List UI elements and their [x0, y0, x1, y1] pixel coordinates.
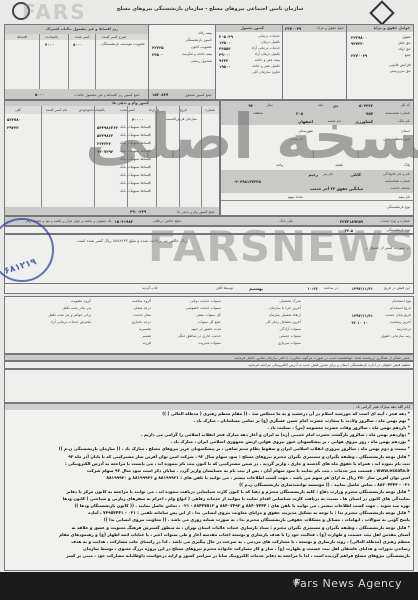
deduction-value: ۹۶۳۲ [219, 58, 228, 63]
info-strip-text: تنظیم فیش حقوقی در اداره بازنشستگی استان… [248, 363, 410, 367]
insurance-shares-label: تعداد سهم [288, 195, 303, 199]
employment-col-1: نوع استخدام تاریخ استخدام تاریخ پایان خد… [331, 299, 411, 341]
entitlement-label: حق اولاد [398, 47, 411, 51]
deduction-value: ۳۹۰۰۰ [219, 52, 231, 57]
deduction-value: ۳۳۵۵۳ [219, 46, 231, 51]
loans-total-label: جمع کسور وام و بدهی ها [177, 210, 215, 214]
deductions-total-label: جمع کسور معمول [185, 93, 212, 97]
note-line: ثبت نام نموده اند ، همراه با حقوق ماه ها… [5, 460, 413, 467]
employment-label: معترض خدمات درمانی آزاد [31, 320, 91, 327]
entitlement-value: ۹۲۷۳۲۰ [351, 41, 365, 46]
payslip-document: FARS سازمان تامین اجتماعی نیروهای مسلح -… [0, 0, 418, 572]
issue-date-label: این فیش در تاریخ [384, 286, 410, 290]
organization-emblem-icon [369, 0, 394, 25]
column-header: کلی [15, 108, 21, 112]
employment-label: جمع کل سنوات [161, 320, 221, 327]
deduction-label: خدمات درمانی [258, 34, 280, 38]
insurance-value: ۳۲۲۳۵ [152, 45, 164, 50]
deduction-value: ۱۹۵۰۰ [219, 64, 231, 69]
entitlement-label: حق سرپرستی [390, 69, 411, 73]
note-line: رساندن نذورات و هدایای عاشقان اهل بیت عص… [5, 545, 413, 552]
employment-label: محل خدمت [101, 313, 151, 320]
insurance-label: صندوق رسمی [190, 59, 212, 63]
note-line: بهره مند شوند . جهت کسب اطلاعات بیشتر ، … [5, 502, 413, 509]
employment-label: آخرین وضعیت [331, 320, 411, 327]
employment-label: مدرک تحصیلی [241, 299, 301, 306]
insurance-label: کسور بازنشستگی [185, 38, 212, 42]
deductions-total-value: ۱۵۳۰۸۳۷ [152, 92, 168, 97]
employment-label: نوع استخدام [331, 299, 411, 306]
note-line: امین توان آفرین ساز ۲۵۰ ریال به ازای هر … [5, 474, 413, 481]
issue-recipient-label: توسط آقای [216, 286, 233, 290]
installments-box: ریز اقساط و غیر مشمول مالیات اشتراک شرح … [4, 24, 149, 100]
column-header: اقساط [17, 35, 27, 39]
employment-label: سنوات خدمت دولتی [161, 299, 221, 306]
employment-label: گروه سلامت [101, 299, 151, 306]
employment-col-4: گروه سلامت درجه شغلی محل خدمت درجه جانبا… [101, 299, 151, 348]
employment-label: سنوات آزادگی [241, 327, 301, 334]
note-line: * قابل توجه بازنشستگان ، وظیفه بگیران و … [5, 524, 413, 531]
deduction-value: ۲۰۵۰۳۹ [219, 34, 233, 39]
info-strip-text: ضمن تشکر از همکاری ارزشمند شما، خواهشمند… [234, 356, 410, 360]
column-header: کسر شده [75, 35, 90, 39]
net-value: ۱۵۰۴۱۹۸۳ [114, 219, 133, 224]
original-copy-stamp: نسخه اصلی [85, 100, 418, 173]
note-line: * بیست و دوم بهمن ماه ، سالروز پیروزی ان… [5, 445, 413, 452]
deductions-title: کسور معمول [241, 26, 264, 30]
issue-time-label: در ساعت [324, 286, 338, 290]
column-header: باقیمانده [45, 35, 58, 39]
note-line: ۰۲۱ - ۸۸۲۰۴۴۴۴ ، تماس حاصل نمایید . (( م… [5, 481, 413, 488]
employment-label: پدر مادر تحت تکفل [31, 306, 91, 313]
column-header: نام کسر کننده [46, 108, 67, 112]
service-end-date: ۱۳۹۳/۱۱/۳۱ [352, 313, 373, 318]
entitlements-title: عوامل حقوق و مزایا [374, 26, 410, 30]
note-line: معظم رهبری (مدظله العالی) ، روند بازسازی… [5, 538, 413, 545]
note-line: * دوازدهم بهمن ماه ، سالروز بازگشت حضرت … [5, 431, 413, 438]
employment-label: ارتقاء تحصیل سازمان [241, 313, 301, 320]
insurance-label: عضویت کانون [191, 45, 212, 49]
entitlement-label: حق تاهل [398, 41, 411, 45]
agency-footer: ❀ Fars News Agency [0, 572, 418, 600]
entitlement-label: حقوق [402, 35, 411, 39]
employment-label: درجه شغلی [101, 306, 151, 313]
employment-label: گروه عضویت [31, 299, 91, 306]
entitlements-box: عوامل حقوق و مزایا حقوق ۲۲۲۹۸۰۰ حق تاهل … [346, 24, 414, 100]
installment-remaining: ۴۰۰۰ [45, 42, 54, 47]
entitlement-label: افزایش قانونی [389, 63, 411, 67]
deductions-box: کسور معمول خدمات درمانی ۲۰۵۰۳۹ تکمیل درم… [215, 24, 283, 100]
note-line: www.essata.ir ، قسمت میز خدمات ، ثبت نام… [5, 467, 413, 474]
employment-label: کل سنوات منفی [161, 313, 221, 320]
employment-label: رتبه سازمانی حقوق [331, 334, 411, 341]
note-line: * نهم بهمن ماه ، سالروز ولادت با سعادت ح… [5, 417, 413, 424]
info-strip: ضمن تشکر از همکاری ارزشمند شما، خواهشمند… [4, 354, 414, 361]
loans-total-value: ۴۹۰۰۳۳۹ [130, 209, 146, 214]
issue-receiver-label: چاپ گردید [142, 286, 158, 290]
employment-label: خدمت اداری در مناطق جنگی [161, 334, 221, 341]
service-label: سابقه خدمت [390, 186, 410, 190]
deduction-value: ۱۳۵۰۰ [219, 40, 231, 45]
note-line: آستان مقدس اهل بیت عصمت و طهارت (ع) ، فع… [5, 531, 413, 538]
installments-total-value: ۵۰۰۰ [35, 92, 44, 97]
employment-label: فرزند [101, 341, 151, 348]
deduction-label: تکمیل عمر و حادثه [252, 64, 280, 68]
employment-label: آخرین جزء یا سازمان [241, 306, 301, 313]
employment-label: همسریه [101, 327, 151, 334]
employment-label: سنوات خدمت خصوصی [161, 306, 221, 313]
note-line: * قابل توجه بازنشستگان محترم ندا : با تو… [5, 509, 413, 516]
employment-col-5: گروه عضویت پدر مادر تحت تکفل برادر خواهر… [31, 299, 91, 327]
deduction-label: تکمیل درمان آزاد [255, 52, 280, 56]
entitlement-value: ۳۲۷۰۰۳۹ [351, 53, 367, 58]
insurance-value: ۳۴۵۰۰ [152, 52, 164, 57]
document-header: FARS سازمان تامین اجتماعی نیروهای مسلح -… [0, 0, 418, 22]
deduction-label: تکمیل درمان [261, 40, 280, 44]
note-line: * دهه فجر ، آینه ای است که خورشید اسلام … [5, 410, 413, 417]
employment-label: سنوات سربازی [241, 341, 301, 348]
employment-col-2: مدرک تحصیلی آخرین جزء یا سازمان ارتقاء ت… [241, 299, 301, 348]
loan-total: ۲۹۳۳۳ [7, 125, 19, 130]
column-header: شرح کسر کننده [102, 35, 126, 39]
installments-title: ریز اقساط و غیر مشمول مالیات اشتراک [46, 27, 118, 31]
employment-label: تاریخ استخدام [331, 306, 411, 313]
pension-label: نوع بازنشستگی [387, 205, 410, 209]
employment-grid: نوع استخدام تاریخ استخدام تاریخ پایان خد… [4, 296, 414, 354]
employment-col-3: سنوات خدمت دولتی سنوات خدمت خصوصی کل سنو… [161, 299, 221, 348]
document-title: سازمان تامین اجتماعی نیروهای مسلح - سازم… [110, 6, 310, 12]
note-line: * قابل توجه بازنشستگان ، وظیفه بگیران و … [5, 453, 413, 460]
issue-date-value: ۱۳۹۳/۱۱/۳۱ [352, 286, 373, 291]
deduction-label: بیمه عمر و حادثه [255, 58, 280, 62]
entitlements-total-value: ۳۲۷۰۰۳۹ [285, 26, 301, 31]
deduction-label: تعاون سازمان کلی [252, 70, 280, 74]
employment-label: سنوات مدیریت [161, 341, 221, 348]
deduction-label: خدمات درمانی آزاد [252, 46, 280, 50]
farsnews-watermark: FARSNEWS [148, 222, 415, 271]
note-line: * نوزدهم بهمن ماه ، روز نیروی هوایی ، بر… [5, 438, 413, 445]
note-line: * یازدهم بهمن ماه ، سالروز وفات حضرت معص… [5, 424, 413, 431]
national-id-label: شماره شناسنامه [385, 179, 410, 183]
note-line: پاسخ گویی به سوالات ، ابهامات ، مسائل و … [5, 516, 413, 523]
employment-label: سنوات جسمی [241, 334, 301, 341]
service-value: میانگین حقوق ۲۴ آخر خدمت [310, 186, 363, 191]
insurance-label: بیمه حادثه و تعاونیت [182, 52, 212, 56]
employment-label: درجه جانبازی [101, 320, 151, 327]
issue-line: این فیش در تاریخ ۱۳۹۳/۱۱/۳۱ در ساعت ۱۰:۳… [4, 284, 414, 294]
notes-section: ایام الله دهه مبارک فجر گرامی باد * دهه … [4, 403, 414, 571]
employment-label: درجه/رتبه [331, 327, 411, 334]
info-strip: تنظیم فیش حقوقی در اداره بازنشستگی استان… [4, 361, 414, 369]
installment-desc: عضویت موسسه بازنشستگان [101, 42, 145, 46]
note-line: بازنشستگی نیروهای مسلح فراهم گردیده است … [5, 552, 413, 559]
employment-label: مدت حضور در جبهه [161, 327, 221, 334]
loan-name: اقساط تسهیلات بانک [120, 189, 151, 193]
note-line: نمایندگی های کانون در استان ها ، نسبت به… [5, 495, 413, 502]
last-status-value: ۳۶ ۱۰ ۱۰ [351, 320, 368, 325]
entitlements-total-box: جمع حقوق و مزایا ۳۲۷۰۰۳۹ [282, 24, 347, 100]
account-value: ۰۳۰۴۹۸۱۴۷۳۳۵ [233, 179, 261, 184]
loan-name: اقساط تسهیلات بانک [120, 181, 151, 185]
issue-time-value: ۱۰:۳۶ [307, 286, 318, 291]
loan-total: ۵۲۳۷۸۰ [7, 117, 21, 122]
entitlement-value: ۲۲۲۹۸۰۰ [351, 35, 367, 40]
employment-label: برادر خواهر و پدر تحت تکفل [31, 313, 91, 320]
note-line: * قابل توجه بازنشستگان محترم وزارت دفاع … [5, 488, 413, 495]
agency-name: Fars News Agency [294, 577, 402, 590]
entitlement-label: جمع [405, 53, 411, 57]
blank-area [4, 369, 414, 403]
employment-label: آخرین مشاغل زمان کار [241, 320, 301, 327]
entitlements-total-label: جمع حقوق و مزایا [317, 26, 344, 30]
fars-corner-watermark: FARS [22, 0, 87, 24]
insurance-name-label: نام بیمه [398, 195, 410, 199]
insurance-box: بیمه رفاه کسور بازنشستگی عضویت کانون ۳۲۲… [148, 24, 216, 100]
loan-name: اقساط تسهیلات بانک [120, 173, 151, 177]
issue-status-value: بهشتیم [249, 286, 263, 291]
insurance-label: بیمه رفاه [198, 31, 212, 35]
installments-total-label: جمع کسور ریز اقساط و غیر مشمول مالیات [74, 93, 140, 97]
installment-deducted: ۸۰۰۰ [73, 42, 82, 47]
employment-label: همسر [101, 334, 151, 341]
